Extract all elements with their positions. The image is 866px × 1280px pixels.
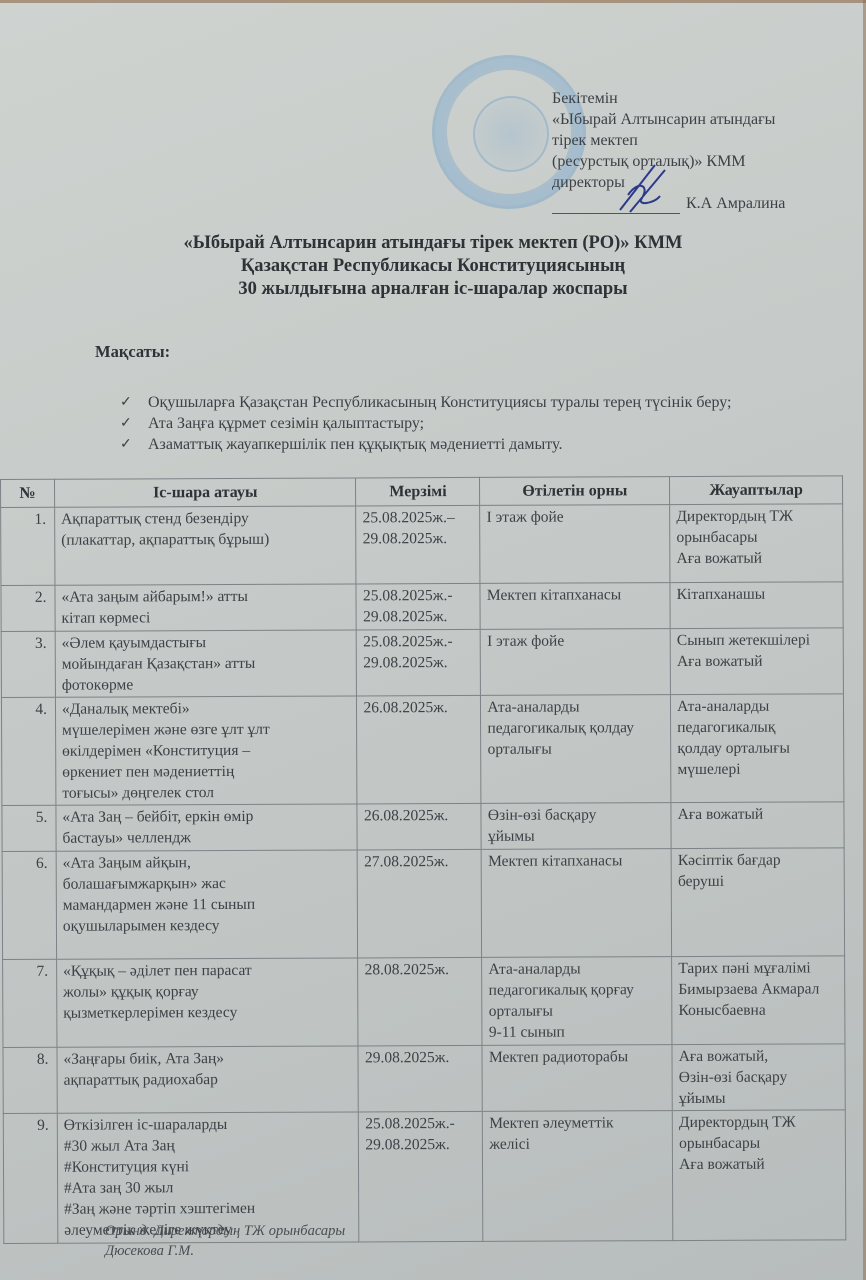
row-number: 3.: [1, 631, 55, 697]
header-number: №: [1, 479, 55, 507]
cell-text-line: ақпараттық радиохабар: [64, 1068, 353, 1090]
header-date: Мерзімі: [356, 477, 480, 506]
cell-resp: Ата-аналардыпедагогикалыққолдау орталығы…: [671, 694, 844, 803]
cell-text-line: 29.08.2025ж.: [365, 1134, 476, 1155]
cell-text-line: Өткізілген іс-шараларды: [64, 1113, 353, 1135]
table-row: 7.«Құқық – әділет пен парасатжолы» құқық…: [3, 956, 845, 1048]
cell-date: 29.08.2025ж.: [358, 1045, 482, 1112]
cell-text-line: оқушыларымен кездесу: [63, 914, 352, 936]
header-responsible: Жауаптылар: [670, 476, 843, 505]
cell-text-line: кітап көрмесі: [61, 606, 350, 628]
row-number: 5.: [2, 805, 56, 851]
goal-item: ✓Оқушыларға Қазақстан Республикасының Ко…: [120, 392, 840, 413]
cell-name: «Ата Заң – бейбіт, еркін өмірбастауы» че…: [56, 804, 358, 851]
title-line-3: 30 жылдығына арналған іс-шаралар жоспары: [0, 278, 866, 301]
row-number: 7.: [3, 959, 57, 1047]
cell-text-line: Конысбаевна: [678, 999, 838, 1021]
cell-text-line: желісі: [489, 1133, 666, 1155]
cell-name: «Даналық мектебі»мүшелерімен және өзге ұ…: [55, 696, 357, 805]
row-number: 1.: [1, 507, 55, 585]
cell-text-line: «Заңғары биік, Ата Заң»: [63, 1047, 352, 1069]
cell-text-line: Аға вожатый: [678, 803, 838, 825]
cell-text-line: Директордың ТЖ: [676, 505, 836, 527]
cell-text-line: 29.08.2025ж.: [365, 1047, 476, 1068]
header-event-name: Іс-шара атауы: [54, 478, 356, 507]
cell-text-line: 29.08.2025ж.: [363, 652, 474, 673]
cell-text-line: І этаж фойе: [487, 506, 664, 528]
cell-text-line: І этаж фойе: [487, 630, 664, 652]
prepared-by-footer: Орынд. Директордың ТЖ орынбасары Дюсеков…: [105, 1221, 345, 1261]
cell-text-line: Аға вожатый,: [679, 1045, 839, 1067]
cell-text-line: жолы» құқық қорғау: [63, 980, 352, 1002]
approval-line: «Ыбырай Алтынсарин атындағы: [552, 109, 785, 130]
cell-text-line: 29.08.2025ж.: [363, 528, 474, 549]
cell-text-line: Мектеп әлеуметтік: [489, 1112, 666, 1134]
row-number: 2.: [1, 585, 55, 631]
cell-text-line: #30 жыл Ата Заң: [64, 1134, 353, 1156]
table-row: 3.«Әлем қауымдастығымойындаған Қазақстан…: [1, 628, 843, 698]
cell-text-line: Сынып жетекшілері: [677, 629, 837, 651]
cell-resp: Аға вожатый,Өзін-өзі басқаруұйымы: [672, 1044, 845, 1111]
cell-text-line: Өзін-өзі басқару: [488, 804, 665, 826]
cell-date: 27.08.2025ж.: [358, 849, 482, 958]
cell-text-line: ұйымы: [679, 1087, 839, 1109]
cell-place: Мектеп әлеуметтікжелісі: [483, 1111, 673, 1242]
title-line-2: Қазақстан Республикасы Конституциясының: [0, 255, 866, 278]
cell-text-line: қызметкерлерімен кездесу: [63, 1001, 352, 1023]
cell-place: Ата-аналардыпедагогикалық қорғауорталығы…: [482, 957, 672, 1046]
approval-line: Бекітемін: [552, 88, 785, 109]
cell-text-line: орынбасары: [676, 526, 836, 548]
cell-text-line: Ата-аналарды: [487, 696, 664, 718]
cell-text-line: Бимырзаева Акмарал: [678, 978, 838, 1000]
cell-text-line: болашағымжарқын» жас: [63, 872, 352, 894]
cell-name: «Ата заңым айбарым!» аттыкітап көрмесі: [55, 584, 357, 631]
table-header-row: № Іс-шара атауы Мерзімі Өтілетін орны Жа…: [1, 476, 843, 508]
goals-label: Мақсаты:: [95, 342, 170, 362]
cell-text-line: 29.08.2025ж.: [363, 606, 474, 627]
row-number: 6.: [2, 851, 56, 959]
table-row: 6.«Ата Заңым айқын,болашағымжарқын» жасм…: [2, 848, 844, 960]
cell-resp: Аға вожатый: [671, 802, 844, 849]
cell-text-line: Аға вожатый: [676, 547, 836, 569]
cell-text-line: #Конституция күні: [64, 1155, 353, 1177]
cell-text-line: орынбасары: [679, 1132, 839, 1154]
cell-date: 25.08.2025ж.-29.08.2025ж.: [357, 629, 481, 696]
cell-text-line: бастауы» челлендж: [62, 826, 351, 848]
cell-text-line: мүшелерімен және өзге ұлт ұлт: [62, 718, 351, 740]
cell-name: Ақпараттық стенд безендіру(плакаттар, ақ…: [55, 506, 357, 585]
cell-text-line: мойындаған Қазақстан» атты: [62, 652, 351, 674]
goal-item: ✓Ата Заңға құрмет сезімін қалыптастыру;: [120, 413, 840, 434]
cell-text-line: Мектеп радиоторабы: [489, 1046, 666, 1068]
cell-text-line: 26.08.2025ж.: [364, 805, 475, 826]
row-number: 4.: [1, 697, 55, 805]
cell-text-line: қолдау орталығы: [677, 737, 837, 759]
cell-text-line: 25.08.2025ж.–: [363, 507, 474, 528]
goals-list: ✓Оқушыларға Қазақстан Республикасының Ко…: [120, 392, 840, 455]
cell-text-line: беруші: [678, 870, 838, 892]
cell-text-line: Ақпараттық стенд безендіру: [61, 507, 350, 529]
table-row: 4.«Даналық мектебі»мүшелерімен және өзге…: [1, 694, 843, 806]
state-emblem-icon: [473, 96, 549, 172]
document-title: «Ыбырай Алтынсарин атындағы тірек мектеп…: [0, 232, 866, 301]
events-plan-table: № Іс-шара атауы Мерзімі Өтілетін орны Жа…: [0, 475, 846, 1244]
cell-text-line: педагогикалық қолдау: [487, 717, 664, 739]
cell-text-line: (плакаттар, ақпараттық бұрыш): [61, 528, 350, 550]
cell-date: 28.08.2025ж.: [358, 957, 482, 1046]
cell-text-line: Өзін-өзі басқару: [679, 1066, 839, 1088]
cell-resp: Директордың ТЖорынбасарыАға вожатый: [670, 504, 843, 583]
cell-text-line: 28.08.2025ж.: [365, 959, 476, 980]
footer-line-1: Орынд. Директордың ТЖ орынбасары: [105, 1221, 345, 1241]
cell-text-line: Аға вожатый: [677, 650, 837, 672]
cell-resp: Сынып жетекшілеріАға вожатый: [670, 628, 843, 695]
signer-name: К.А Амралина: [686, 193, 785, 214]
cell-text-line: «Ата Заң – бейбіт, еркін өмір: [62, 805, 351, 827]
table-row: 5.«Ата Заң – бейбіт, еркін өмірбастауы» …: [2, 802, 844, 852]
cell-text-line: Кітапханашы: [677, 583, 837, 605]
cell-text-line: Директордың ТЖ: [679, 1111, 839, 1133]
cell-date: 26.08.2025ж.: [357, 695, 481, 804]
cell-text-line: «Даналық мектебі»: [62, 697, 351, 719]
cell-place: Мектеп кітапханасы: [480, 583, 670, 630]
cell-text-line: өкілдерімен «Конституция –: [62, 739, 351, 761]
check-icon: ✓: [120, 392, 132, 413]
cell-resp: Кәсіптік бағдарберуші: [671, 848, 844, 957]
cell-text-line: «Әлем қауымдастығы: [62, 631, 351, 653]
cell-text-line: «Ата Заңым айқын,: [63, 851, 352, 873]
cell-text-line: Мектеп кітапханасы: [487, 584, 664, 606]
cell-place: Өзін-өзі басқаруұйымы: [481, 803, 671, 850]
cell-text-line: педагогикалық: [677, 716, 837, 738]
cell-text-line: 25.08.2025ж.-: [363, 631, 474, 652]
cell-text-line: 25.08.2025ж.-: [365, 1113, 476, 1134]
cell-resp: Директордың ТЖорынбасарыАға вожатый: [672, 1110, 845, 1241]
cell-text-line: «Ата заңым айбарым!» атты: [61, 585, 350, 607]
cell-text-line: фотокөрме: [62, 673, 351, 695]
cell-name: «Әлем қауымдастығымойындаған Қазақстан» …: [55, 630, 357, 697]
cell-place: Мектеп кітапханасы: [482, 849, 672, 958]
cell-text-line: өркениет пен мәдениеттің: [62, 760, 351, 782]
cell-text-line: Мектеп кітапханасы: [488, 850, 665, 872]
cell-text-line: мамандармен және 11 сынып: [63, 893, 352, 915]
cell-name: «Заңғары биік, Ата Заң»ақпараттық радиох…: [57, 1046, 359, 1113]
approval-line: тірек мектеп: [552, 130, 785, 151]
cell-place: Ата-аналардыпедагогикалық қолдауорталығы: [481, 695, 671, 804]
cell-date: 25.08.2025ж.-29.08.2025ж.: [359, 1111, 484, 1242]
cell-text-line: орталығы: [488, 738, 665, 760]
cell-place: Мектеп радиоторабы: [482, 1045, 672, 1112]
cell-date: 25.08.2025ж.–29.08.2025ж.: [356, 505, 480, 584]
cell-date: 25.08.2025ж.-29.08.2025ж.: [356, 583, 480, 630]
row-number: 9.: [3, 1113, 57, 1243]
cell-text-line: Аға вожатый: [679, 1153, 839, 1175]
cell-name: «Құқық – әділет пен парасатжолы» құқық қ…: [57, 958, 359, 1047]
cell-date: 26.08.2025ж.: [357, 803, 481, 850]
table-body: 1.Ақпараттық стенд безендіру(плакаттар, …: [1, 504, 846, 1244]
cell-text-line: #Ата заң 30 жыл: [64, 1176, 353, 1198]
cell-place: І этаж фойе: [481, 629, 671, 696]
cell-text-line: Ата-аналарды: [488, 958, 665, 980]
footer-line-2: Дюсекова Г.М.: [105, 1241, 345, 1261]
table-row: 1.Ақпараттық стенд безендіру(плакаттар, …: [1, 504, 843, 586]
cell-text-line: тоғысы» дөңгелек стол: [62, 781, 351, 803]
cell-text-line: 26.08.2025ж.: [363, 697, 474, 718]
cell-text-line: 25.08.2025ж.-: [363, 585, 474, 606]
cell-text-line: ұйымы: [488, 825, 665, 847]
goal-item: ✓Азаматтық жауапкершілік пен құқықтық мә…: [120, 434, 840, 455]
row-number: 8.: [3, 1047, 57, 1113]
cell-text-line: Ата-аналарды: [677, 695, 837, 717]
check-icon: ✓: [120, 413, 132, 434]
paper-top-edge: [0, 0, 866, 3]
cell-text-line: Кәсіптік бағдар: [678, 849, 838, 871]
table-row: 8.«Заңғары биік, Ата Заң»ақпараттық ради…: [3, 1044, 845, 1114]
cell-text-line: Тарих пәні мұғалімі: [678, 957, 838, 979]
cell-resp: Кітапханашы: [670, 582, 843, 629]
cell-text-line: педагогикалық қорғау: [489, 979, 666, 1001]
cell-text-line: 9-11 сынып: [489, 1021, 666, 1043]
cell-text-line: «Құқық – әділет пен парасат: [63, 959, 352, 981]
cell-resp: Тарих пәні мұғаліміБимырзаева АкмаралКон…: [672, 956, 845, 1045]
cell-place: І этаж фойе: [480, 505, 670, 584]
cell-name: «Ата Заңым айқын,болашағымжарқын» жасмам…: [56, 850, 358, 959]
check-icon: ✓: [120, 434, 132, 455]
cell-text-line: #Заң және тәртіп хэштегімен: [64, 1197, 353, 1219]
cell-text-line: мүшелері: [677, 758, 837, 780]
header-place: Өтілетін орны: [480, 477, 670, 506]
title-line-1: «Ыбырай Алтынсарин атындағы тірек мектеп…: [0, 232, 866, 255]
cell-text-line: орталығы: [489, 1000, 666, 1022]
table-row: 2.«Ата заңым айбарым!» аттыкітап көрмесі…: [1, 582, 843, 632]
cell-text-line: 27.08.2025ж.: [364, 851, 475, 872]
handwritten-signature-icon: [610, 160, 680, 215]
